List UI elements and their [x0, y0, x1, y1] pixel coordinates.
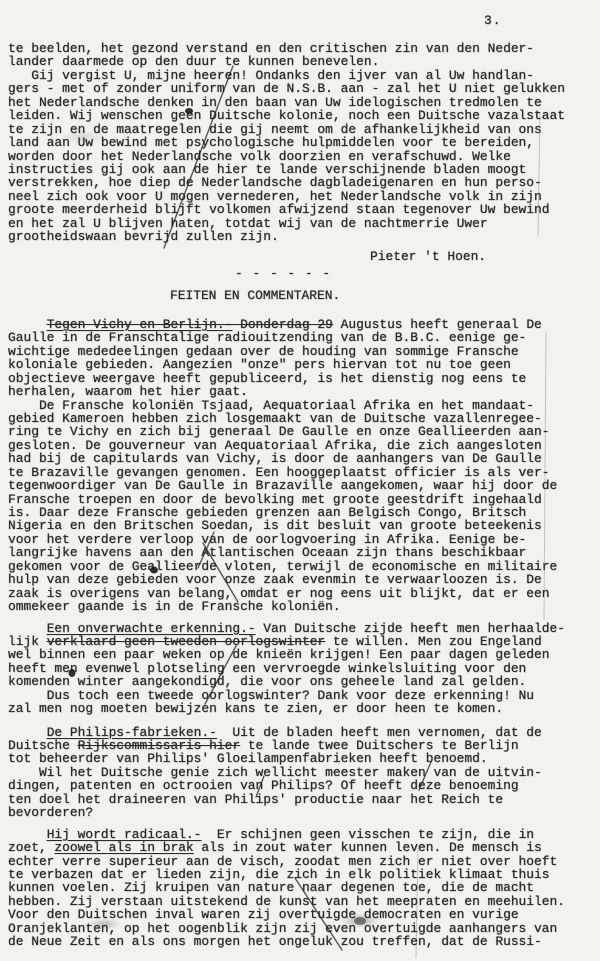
- text-line: zaak is overigens van belang, omdat er n…: [8, 587, 600, 600]
- text-line: De Philips-fabrieken.- Uit de bladen hee…: [8, 726, 600, 739]
- text-line: grootheidswaan bevrijd zullen zijn.: [8, 230, 600, 243]
- text-line: gekomen voor de Geallieerde vloten, terw…: [8, 560, 600, 573]
- text-span: zoet,: [8, 840, 54, 855]
- article-title: zoowel als in brak: [54, 840, 193, 855]
- text-line: had bij de capitulards van Vichy, is doo…: [8, 452, 600, 465]
- text-line: te verbazen dat er lieden zijn, die zich…: [8, 868, 600, 881]
- text-line: voor het verdere verloop van de oorlogvo…: [8, 533, 600, 546]
- text-line: Tegen Vichy en Berlijn.- Donderdag 29 Au…: [8, 318, 600, 331]
- text-line: groote meerderheid blijft volkomen afwij…: [8, 203, 600, 216]
- text-line: verstrekken, hoe diep de Nederlandsche d…: [8, 176, 600, 189]
- text-line: te beelden, het gezond verstand en den c…: [8, 42, 600, 55]
- text-line: te Brazaville gevangen genomen. Een hoog…: [8, 466, 600, 479]
- text-line: zal men nog moeten bewijzen kans te zien…: [8, 702, 600, 715]
- text-line: en het zal U blijven haten, totdat wij v…: [8, 217, 600, 230]
- article-block: Een onverwachte erkenning.- Van Duitsche…: [8, 622, 600, 716]
- text-line: Wil het Duitsche genie zich wellicht mee…: [8, 766, 600, 779]
- signature: Pieter 't Hoen.: [370, 250, 600, 263]
- text-line: komenden winter aangekondigd, die voor o…: [8, 675, 600, 688]
- text-line: hebben. Zij verstaan uitstekend de kunst…: [8, 895, 600, 908]
- text-line: instructies gij ook aan de hier te lande…: [8, 163, 600, 176]
- text-line: de Neue Zeit en als ons morgen het ongel…: [8, 935, 600, 948]
- text-line: lander daarmede op den duur te kunnen be…: [8, 55, 600, 68]
- article-block: Hij wordt radicaal.- Er schijnen geen vi…: [8, 828, 600, 949]
- text-line: tot beheerder van Philips' Gloeilampenfa…: [8, 752, 600, 765]
- text-line: bevorderen?: [8, 806, 600, 819]
- text-line: tegenwoordiger van De Gaulle in Brazavil…: [8, 479, 600, 492]
- text-line: Nigeria en den Britschen Soedan, is dit …: [8, 519, 600, 532]
- text-line: wichtige mededeelingen gedaan over de ho…: [8, 345, 600, 358]
- text-line: herhalen, waarom het hier gaat.: [8, 385, 600, 398]
- scanned-document-page: { "colors": { "paper": "#f3f2ef", "ink":…: [0, 0, 600, 961]
- typewritten-sheet: 3. te beelden, het gezond verstand en de…: [0, 0, 600, 961]
- article-block: De Philips-fabrieken.- Uit de bladen hee…: [8, 726, 600, 820]
- text-line: ommekeer gaande is in de Fransche koloni…: [8, 600, 600, 613]
- text-line: dingen, patenten en octrooien van Philip…: [8, 779, 600, 792]
- text-line: neel zich ook voor U mogen vernederen, h…: [8, 190, 600, 203]
- text-line: koloniale gebieden. Aangezien "onze" per…: [8, 358, 600, 371]
- text-line: te zijn en de maatregelen die gij neemt …: [8, 123, 600, 136]
- text-line: ten doel het draineeren van Philips' pro…: [8, 793, 600, 806]
- text-line: land aan Uw bewind met psychologische hu…: [8, 136, 600, 149]
- separator: - - - - - -: [235, 267, 600, 280]
- text-line: Fransche troepen en door de bevolking me…: [8, 493, 600, 506]
- text-line: Duitsche Rijkscommissaris hier te lande …: [8, 739, 600, 752]
- articles: Tegen Vichy en Berlijn.- Donderdag 29 Au…: [8, 318, 600, 949]
- text-line: Een onverwachte erkenning.- Van Duitsche…: [8, 622, 600, 635]
- section-heading: FEITEN EN COMMENTAREN.: [170, 289, 600, 302]
- text-line: Dus toch een tweede oorlogswinter? Dank …: [8, 689, 600, 702]
- text-line: echter verre superieur aan de visch, zoo…: [8, 855, 600, 868]
- text-line: hulp van deze gebieden voor onze zaak ev…: [8, 573, 600, 586]
- text-line: worden door het Nederlandsche volk doorz…: [8, 150, 600, 163]
- text-line: heeft men evenwel plotseling een vervroe…: [8, 662, 600, 675]
- text-line: leiden. Wij wenschen geen Duitsche kolon…: [8, 109, 600, 122]
- article-block: Tegen Vichy en Berlijn.- Donderdag 29 Au…: [8, 318, 600, 614]
- text-line: het Nederlandsche denken in den baan van…: [8, 96, 600, 109]
- text-line: wel binnen een paar weken op de knieën k…: [8, 648, 600, 661]
- text-line: Gaulle in de Franschtalige radiouitzendi…: [8, 331, 600, 344]
- text-line: Hij wordt radicaal.- Er schijnen geen vi…: [8, 828, 600, 841]
- text-line: gers - met of zonder uniform van de N.S.…: [8, 82, 600, 95]
- text-line: gesloten. De gouverneur van Aequatoriaal…: [8, 439, 600, 452]
- text-line: Gij vergist U, mijne heeren! Ondanks den…: [8, 69, 600, 82]
- letter-body: te beelden, het gezond verstand en den c…: [8, 42, 600, 244]
- text-line: langrijke havens aan den Atlantischen Oc…: [8, 546, 600, 559]
- text-line: Oranjeklanten, op het oogenblik zijn zij…: [8, 922, 600, 935]
- text-line: objectieve weergave heeft gepubliceerd, …: [8, 372, 600, 385]
- text-line: gebied Kameroen hebben zich losgemaakt v…: [8, 412, 600, 425]
- page-number: 3.: [484, 14, 501, 27]
- text-line: is. Daar deze Fransche gebieden grenzen …: [8, 506, 600, 519]
- text-line: Voor den Duitschen inval waren zij overt…: [8, 908, 600, 921]
- text-line: ring te Vichy en zich bij generaal De Ga…: [8, 425, 600, 438]
- text-span: als in zout water kunnen leven. De mensc…: [194, 840, 542, 855]
- text-line: zoet, zoowel als in brak als in zout wat…: [8, 841, 600, 854]
- text-line: De Fransche koloniën Tsjaad, Aequatoriaa…: [8, 399, 600, 412]
- text-line: kunnen voelen. Zij kruipen van nature na…: [8, 881, 600, 894]
- text-line: lijk verklaard geen tweeden oorlogswinte…: [8, 635, 600, 648]
